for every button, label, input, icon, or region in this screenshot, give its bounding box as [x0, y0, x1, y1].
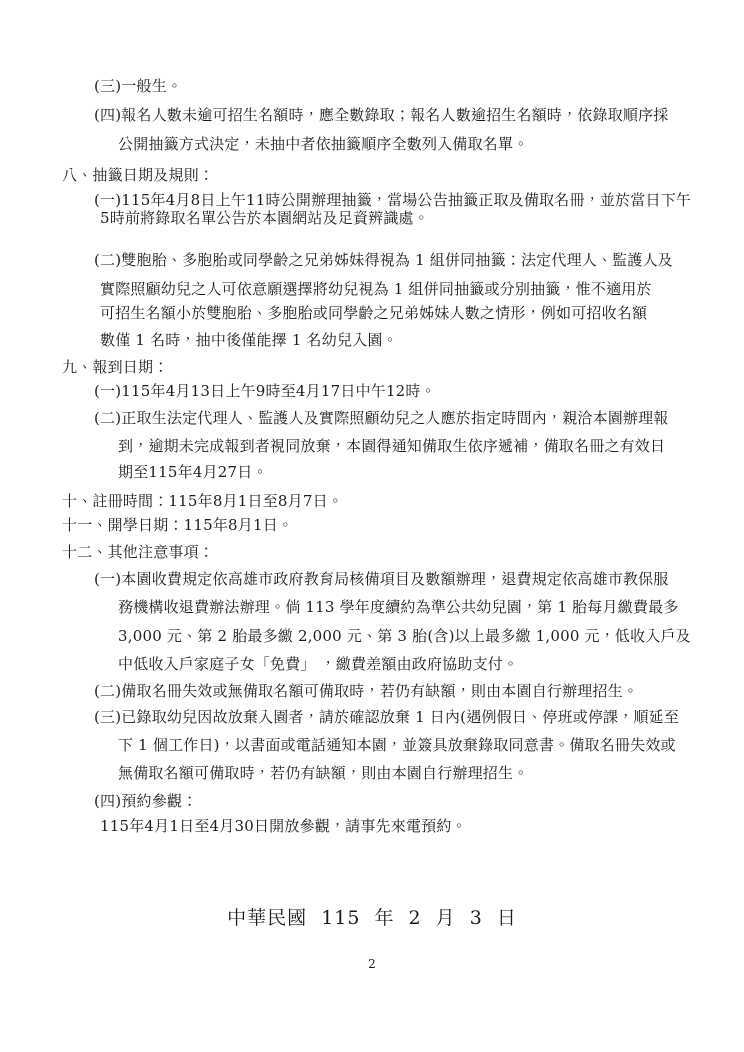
doc-line: 實際照顧幼兒之人可依意願選擇將幼兒視為 1 組併同抽籤或分別抽籤，惟不適用於 [100, 279, 652, 299]
section-heading-12: 十二、其他注意事項： [62, 542, 214, 562]
doc-line: 務機構收退費辦法辦理。倘 113 學年度續約為準公共幼兒園，第 1 胎每月繳費最… [118, 597, 678, 617]
section-heading-9: 九、報到日期： [62, 357, 168, 377]
doc-line: (二)備取名冊失效或無備取名額可備取時，若仍有缺額，則由本園自行辦理招生。 [94, 681, 638, 701]
doc-line: 5時前將錄取名單公告於本園網站及足資辨識處。 [100, 208, 429, 228]
document-page: (三)一般生。 (四)報名人數未逾可招生名額時，應全數錄取；報名人數逾招生名額時… [0, 0, 744, 1052]
doc-line: 期至115年4月27日。 [118, 462, 268, 482]
page-number: 2 [0, 957, 744, 971]
doc-line: (四)報名人數未逾可招生名額時，應全數錄取；報名人數逾招生名額時，依錄取順序採 [94, 105, 669, 125]
section-heading-11: 十一、開學日期：115年8月1日。 [62, 515, 293, 535]
doc-line: (三)一般生。 [94, 76, 182, 96]
doc-line: 115年4月1日至4月30日開放參觀，請事先來電預約。 [100, 816, 467, 836]
doc-line: (一)115年4月8日上午11時公開辦理抽籤，當場公告抽籤正取及備取名冊，並於當… [94, 190, 691, 210]
doc-line: (一)115年4月13日上午9時至4月17日中午12時。 [94, 381, 436, 401]
doc-line: (二)正取生法定代理人、監護人及實際照顧幼兒之人應於指定時間內，親洽本園辦理報 [94, 408, 669, 428]
doc-line: 公開抽籤方式決定，未抽中者依抽籤順序全數列入備取名單。 [118, 134, 528, 154]
doc-line: 可招生名額小於雙胞胎、多胞胎或同學齡之兄弟姊妹人數之情形，例如可招收名額 [100, 303, 647, 323]
doc-line: (四)預約參觀： [94, 791, 197, 811]
doc-line: 無備取名額可備取時，若仍有缺額，則由本園自行辦理招生。 [118, 763, 528, 783]
section-heading-10: 十、註冊時間：115年8月1日至8月7日。 [62, 491, 343, 511]
doc-line: (一)本園收費規定依高雄市政府教育局核備項目及數額辦理，退費規定依高雄市教保服 [94, 569, 669, 589]
doc-line: (三)已錄取幼兒因故放棄入園者，請於確認放棄 1 日內(遇例假日、停班或停課，順… [94, 707, 679, 727]
doc-line: 到，逾期未完成報到者視同放棄，本園得通知備取生依序遞補，備取名冊之有效日 [118, 436, 665, 456]
doc-line: 3,000 元、第 2 胎最多繳 2,000 元、第 3 胎(含)以上最多繳 1… [118, 626, 691, 646]
doc-line: (二)雙胞胎、多胞胎或同學齡之兄弟姊妹得視為 1 組併同抽籤：法定代理人、監護人… [94, 250, 673, 270]
footer-date: 中華民國 115 年 2 月 3 日 [0, 903, 744, 930]
doc-line: 下 1 個工作日)，以書面或電話通知本園，並簽具放棄錄取同意書。備取名冊失效或 [118, 735, 676, 755]
doc-line: 中低收入戶家庭子女「免費」 ，繳費差額由政府協助支付。 [118, 654, 518, 674]
section-heading-8: 八、抽籤日期及規則： [62, 165, 214, 185]
doc-line: 數僅 1 名時，抽中後僅能擇 1 名幼兒入園。 [100, 330, 398, 350]
